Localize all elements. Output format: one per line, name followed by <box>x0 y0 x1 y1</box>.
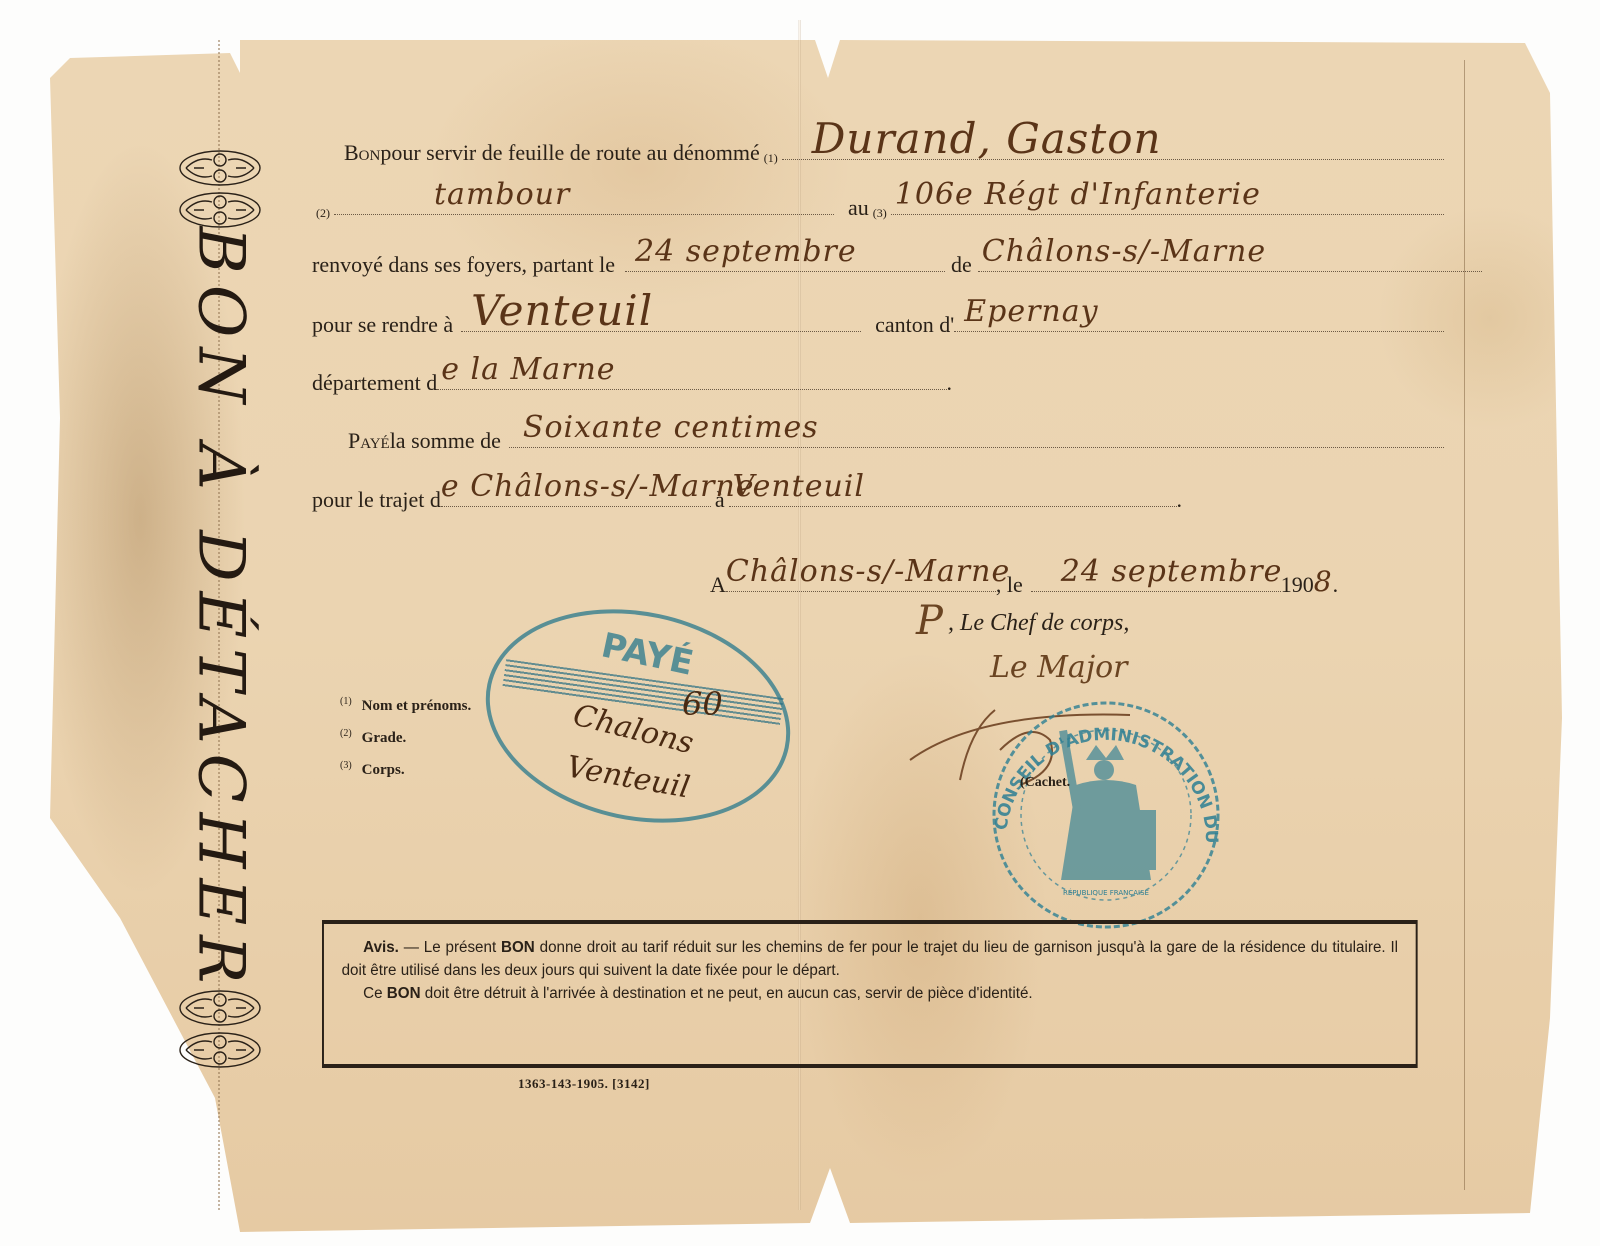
year-suffix: 8 <box>1314 565 1333 598</box>
canton-value: Epernay <box>964 294 1098 329</box>
form-line-trajet: pour le trajet d e Châlons-s/-Marne à Ve… <box>312 487 1182 513</box>
label-de: de <box>951 252 972 278</box>
cachet-label: (Cachet. <box>1020 775 1070 791</box>
chef-de-corps-label: , Le Chef de corps, <box>948 610 1129 636</box>
form-line-grade-corps: (2) tambour au (3) 106e Régt d'Infanteri… <box>312 195 1444 221</box>
footnote-ref-1: (1) <box>764 151 778 166</box>
trajet-to-value: Venteuil <box>733 469 865 504</box>
avis-p2-bon: BON <box>387 985 421 1002</box>
label-paye: Payé <box>348 428 390 454</box>
fleuron-ornament-icon <box>178 988 262 1028</box>
grade-field[interactable]: tambour <box>334 213 834 215</box>
period: . <box>947 370 953 396</box>
avis-paragraph-2: Ce BON doit être détruit à l'arrivée à d… <box>342 982 1398 1005</box>
trajet-to-field[interactable]: Venteuil <box>729 505 1177 507</box>
issue-place-field[interactable]: Châlons-s/-Marne <box>726 590 996 592</box>
amount-field[interactable]: Soixante centimes <box>509 446 1444 448</box>
issue-place-value: Châlons-s/-Marne <box>726 554 1010 589</box>
form-line-departure: renvoyé dans ses foyers, partant le 24 s… <box>312 252 1482 278</box>
footnote-item: (3)Corps. <box>340 752 471 784</box>
departure-date-value: 24 septembre <box>635 234 857 269</box>
footnote-text: Nom et prénoms. <box>362 698 472 714</box>
avis-text-2: doit être détruit à l'arrivée à destinat… <box>421 985 1033 1002</box>
footnote-num: (1) <box>340 696 352 707</box>
avis-dash: — Le présent <box>399 939 501 956</box>
corps-field[interactable]: 106e Régt d'Infanterie <box>891 213 1444 215</box>
footnote-text: Grade. <box>362 730 407 746</box>
corps-value: 106e Régt d'Infanterie <box>895 177 1261 212</box>
origin-value: Châlons-s/-Marne <box>982 234 1266 269</box>
amount-value: Soixante centimes <box>523 410 819 445</box>
signature-pour: P <box>916 598 943 644</box>
fleuron-ornament-icon <box>178 1030 262 1070</box>
signature-title: Le Major <box>990 650 1128 685</box>
label-la-somme-de: la somme de <box>390 428 501 454</box>
footnote-ref-2: (2) <box>316 206 330 221</box>
footnote-text: Corps. <box>362 762 405 778</box>
stub-title-text: BON À DÉTACHER <box>183 227 257 994</box>
form-line-name: Bon pour servir de feuille de route au d… <box>344 140 1444 166</box>
footnote-num: (2) <box>340 728 352 739</box>
trajet-from-field[interactable]: e Châlons-s/-Marne <box>441 505 711 507</box>
label-au: au <box>848 195 869 221</box>
period: . <box>1177 487 1183 513</box>
footnote-ref-3: (3) <box>873 206 887 221</box>
administration-seal-icon: CONSEIL D'ADMINISTRATION DU 106E DE LIGN… <box>976 690 1236 930</box>
footnote-item: (1)Nom et prénoms. <box>340 688 471 720</box>
issue-date-value: 24 septembre <box>1061 554 1283 589</box>
fleuron-ornament-icon <box>178 148 262 188</box>
destination-field[interactable]: Venteuil <box>461 330 861 332</box>
name-field[interactable]: Durand, Gaston <box>782 158 1444 160</box>
label-pour-le-trajet: pour le trajet d <box>312 487 441 513</box>
avis-notice-box: Avis. — Le présent BON donne droit au ta… <box>322 920 1418 1068</box>
origin-field[interactable]: Châlons-s/-Marne <box>978 270 1482 272</box>
name-value: Durand, Gaston <box>812 114 1162 163</box>
avis-paragraph-1: Avis. — Le présent BON donne droit au ta… <box>342 936 1398 982</box>
form-line-department: département d e la Marne . <box>312 370 952 396</box>
department-value: e la Marne <box>441 352 615 387</box>
form-line-destination: pour se rendre à Venteuil canton d' Eper… <box>312 312 1444 338</box>
department-field[interactable]: e la Marne <box>437 388 946 390</box>
avis-bon: BON <box>501 939 535 956</box>
svg-text:RÉPUBLIQUE FRANÇAISE: RÉPUBLIQUE FRANÇAISE <box>1063 888 1149 897</box>
label-feuille-de-route: pour servir de feuille de route au dénom… <box>380 140 759 166</box>
label-bon: Bon <box>344 140 380 166</box>
issue-date-field[interactable]: 24 septembre <box>1031 590 1281 592</box>
fleuron-ornament-icon <box>178 190 262 230</box>
paye-stamp-amount: 60 <box>682 685 723 723</box>
period: . <box>1333 572 1339 598</box>
departure-date-field[interactable]: 24 septembre <box>625 270 945 272</box>
label-partant-le: renvoyé dans ses foyers, partant le <box>312 252 615 278</box>
grade-value: tambour <box>434 177 570 212</box>
trajet-from-value: e Châlons-s/-Marne <box>441 469 755 504</box>
footnote-num: (3) <box>340 760 352 771</box>
stub-vertical-title: BON À DÉTACHER <box>150 280 290 940</box>
label-a-place: A <box>710 572 726 598</box>
avis-p2-start: Ce <box>363 985 387 1002</box>
year-prefix: 190 <box>1281 572 1314 598</box>
print-reference: 1363-143-1905. [3142] <box>518 1076 650 1092</box>
label-pour-se-rendre: pour se rendre à <box>312 312 453 338</box>
destination-value: Venteuil <box>471 286 653 335</box>
right-edge-fold <box>1464 60 1465 1190</box>
canton-field[interactable]: Epernay <box>954 330 1444 332</box>
footnote-item: (2)Grade. <box>340 720 471 752</box>
avis-heading: Avis. <box>363 939 399 956</box>
footnotes: (1)Nom et prénoms. (2)Grade. (3)Corps. <box>340 688 471 784</box>
label-canton: canton d' <box>875 312 954 338</box>
label-departement: département d <box>312 370 437 396</box>
form-line-place-date: A Châlons-s/-Marne , le 24 septembre 190… <box>710 565 1440 598</box>
form-line-amount: Payé la somme de Soixante centimes <box>348 428 1444 454</box>
signature-block: , Le Chef de corps, <box>948 610 1129 637</box>
